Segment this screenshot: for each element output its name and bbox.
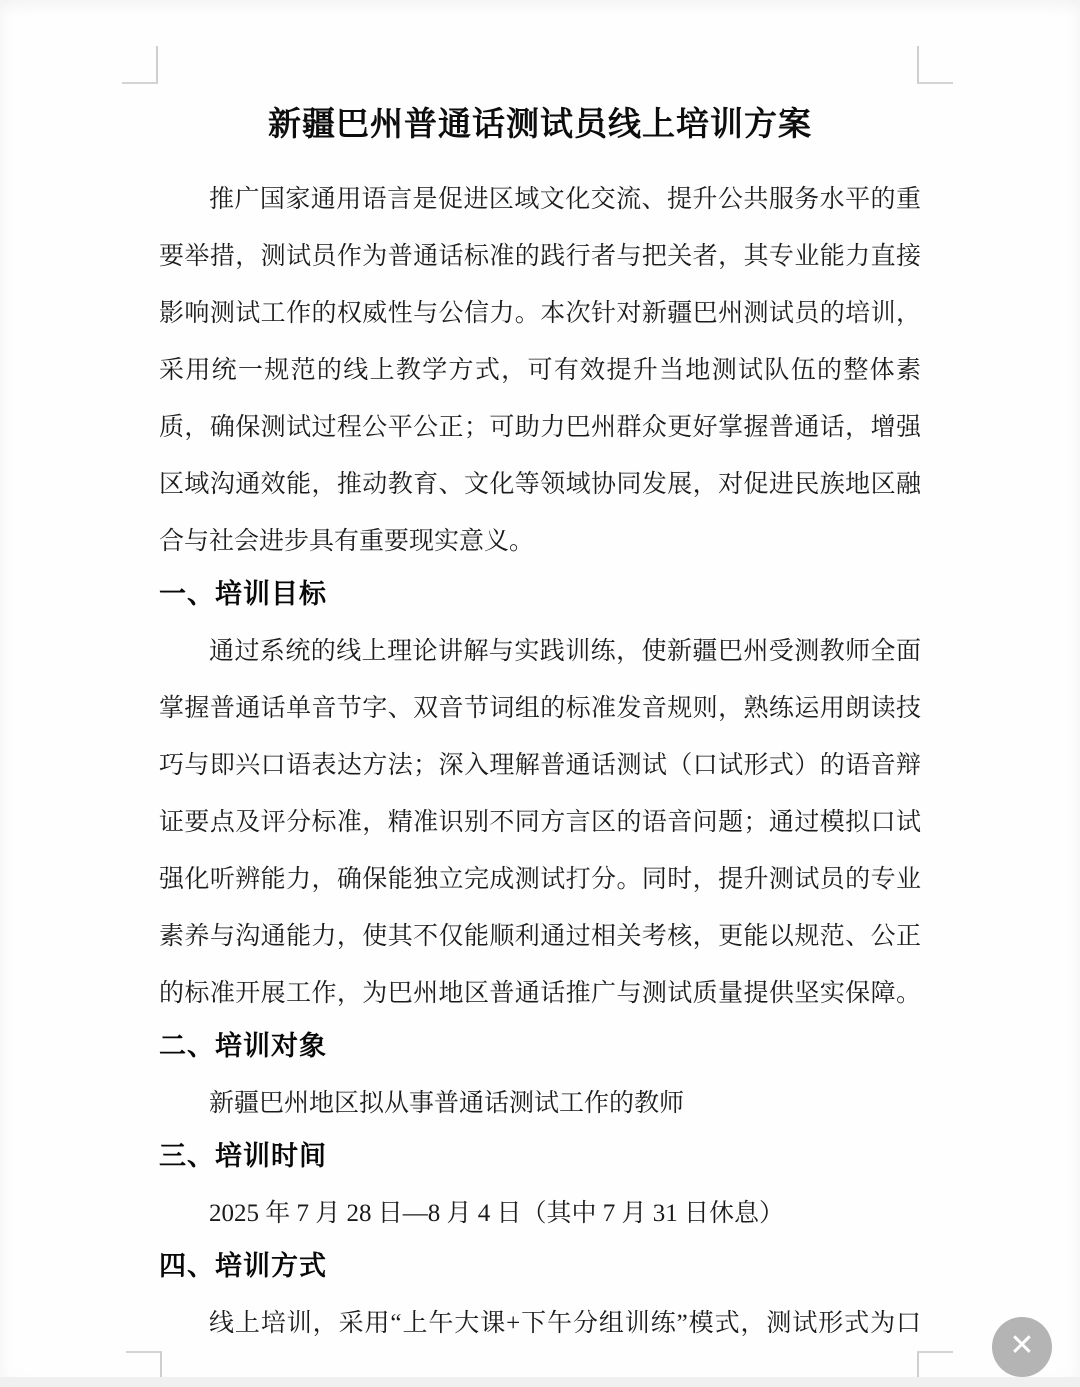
image-viewer: 新疆巴州普通话测试员线上培训方案 推广国家通用语言是促进区域文化交流、提升公共服… <box>0 0 1080 1387</box>
text-line: 2025 年 7 月 28 日—8 月 4 日（其中 7 月 31 日休息） <box>159 1185 921 1242</box>
text-line: 推广国家通用语言是促进区域文化交流、提升公共服务水平的重 <box>159 171 921 228</box>
document-title: 新疆巴州普通话测试员线上培训方案 <box>159 95 921 152</box>
close-icon: ✕ <box>1009 1331 1034 1361</box>
text-line: 的标准开展工作，为巴州地区普通话推广与测试质量提供坚实保障。 <box>159 965 921 1022</box>
text-line: 采用统一规范的线上教学方式，可有效提升当地测试队伍的整体素 <box>159 342 921 399</box>
text-line: 质，确保测试过程公平公正；可助力巴州群众更好掌握普通话，增强 <box>159 399 921 456</box>
text-line: 区域沟通效能，推动教育、文化等领域协同发展，对促进民族地区融 <box>159 456 921 513</box>
text-line: 素养与沟通能力，使其不仅能顺利通过相关考核，更能以规范、公正 <box>159 908 921 965</box>
text-line: 影响测试工作的权威性与公信力。本次针对新疆巴州测试员的培训， <box>159 285 921 342</box>
close-button[interactable]: ✕ <box>992 1317 1052 1377</box>
text-line: 新疆巴州地区拟从事普通话测试工作的教师 <box>159 1075 921 1132</box>
text-line: 强化听辨能力，确保能独立完成测试打分。同时，提升测试员的专业 <box>159 851 921 908</box>
section-heading: 二、培训对象 <box>159 1018 921 1075</box>
document-page: 新疆巴州普通话测试员线上培训方案 推广国家通用语言是促进区域文化交流、提升公共服… <box>159 95 921 1352</box>
text-line: 巧与即兴口语表达方法；深入理解普通话测试（口试形式）的语音辩 <box>159 737 921 794</box>
page-margin-mark-top-left <box>122 46 158 84</box>
text-line: 证要点及评分标准，精准识别不同方言区的语音问题；通过模拟口试 <box>159 794 921 851</box>
page-margin-mark-top-right <box>917 46 953 84</box>
text-line: 线上培训，采用“上午大课+下午分组训练”模式，测试形式为口 <box>159 1295 921 1352</box>
section-heading: 三、培训时间 <box>159 1128 921 1185</box>
section-heading: 四、培训方式 <box>159 1238 921 1295</box>
text-line: 通过系统的线上理论讲解与实践训练，使新疆巴州受测教师全面 <box>159 623 921 680</box>
text-line: 要举措，测试员作为普通话标准的践行者与把关者，其专业能力直接 <box>159 228 921 285</box>
bottom-edge-band <box>0 1377 1080 1387</box>
text-line: 掌握普通话单音节字、双音节词组的标准发音规则，熟练运用朗读技 <box>159 680 921 737</box>
section-heading: 一、培训目标 <box>159 566 921 623</box>
text-line: 合与社会进步具有重要现实意义。 <box>159 513 921 570</box>
